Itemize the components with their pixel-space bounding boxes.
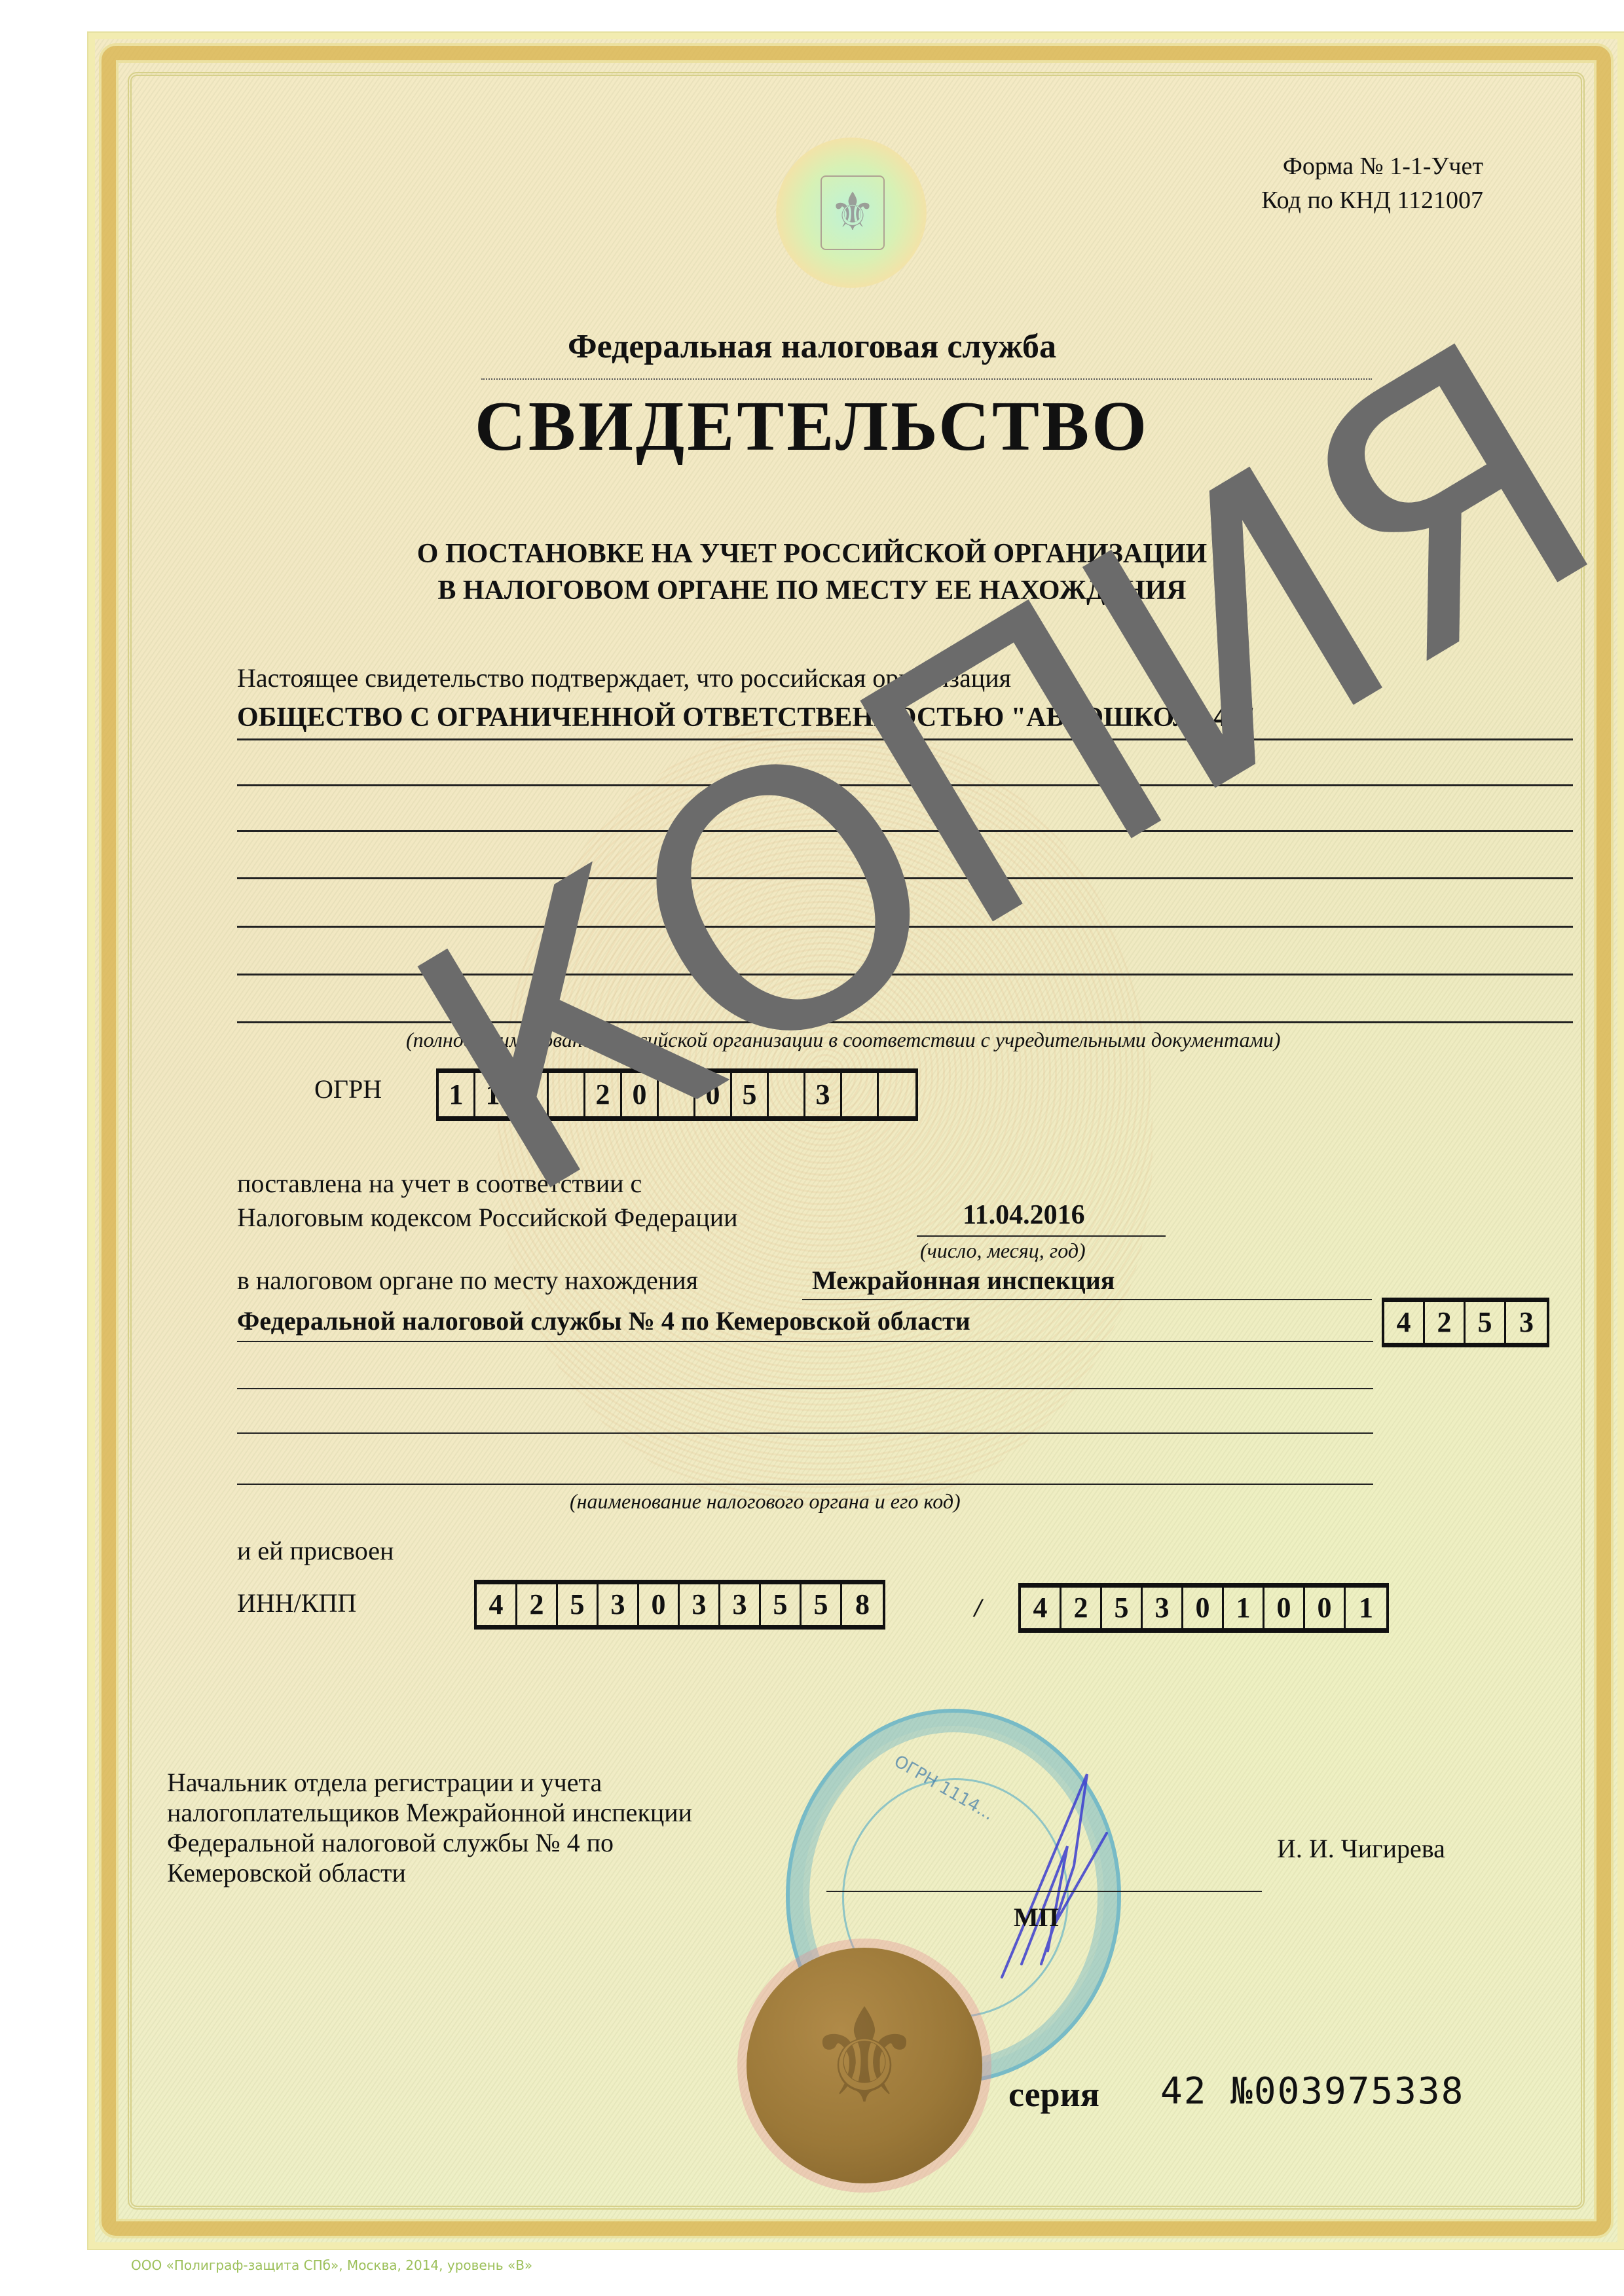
ogrn-label: ОГРН bbox=[314, 1074, 382, 1104]
inn-digit: 3 bbox=[599, 1584, 639, 1625]
position-line: Начальник отдела регистрации и учета bbox=[167, 1768, 692, 1798]
authority-line-5-rule bbox=[237, 1484, 1373, 1485]
date-line bbox=[917, 1235, 1166, 1237]
inn-digit: 2 bbox=[517, 1584, 558, 1625]
inn-digit: 5 bbox=[558, 1584, 599, 1625]
position-line: Кемеровской области bbox=[167, 1858, 692, 1888]
inn-digit: 4 bbox=[477, 1584, 517, 1625]
kpp-field: 425301001 bbox=[1018, 1583, 1389, 1633]
assigned-label: и ей присвоен bbox=[237, 1535, 394, 1566]
inn-digit: 8 bbox=[842, 1584, 883, 1625]
hologram-emblem: ⚜ bbox=[776, 137, 927, 288]
kpp-digit: 5 bbox=[1102, 1588, 1143, 1628]
kpp-digit: 0 bbox=[1305, 1588, 1346, 1628]
title-divider bbox=[481, 378, 1372, 380]
kpp-digit: 0 bbox=[1183, 1588, 1224, 1628]
inn-digit: 0 bbox=[639, 1584, 680, 1625]
inn-kpp-separator: / bbox=[974, 1592, 982, 1623]
authority-line-2: Федеральной налоговой службы № 4 по Кеме… bbox=[237, 1305, 970, 1336]
date-caption: (число, месяц, год) bbox=[920, 1239, 1086, 1263]
signature-line bbox=[826, 1891, 1262, 1892]
series-label: серия bbox=[1008, 2074, 1099, 2115]
tax-authority-code: 4253 bbox=[1382, 1298, 1549, 1347]
inn-kpp-label: ИНН/КПП bbox=[237, 1588, 356, 1618]
double-headed-eagle-icon: ⚜ bbox=[747, 1980, 982, 2133]
inn-digit: 3 bbox=[680, 1584, 720, 1625]
authority-code-digit: 5 bbox=[1466, 1302, 1506, 1343]
form-info: Форма № 1-1-Учет Код по КНД 1121007 bbox=[1261, 149, 1483, 217]
kpp-digit: 3 bbox=[1143, 1588, 1183, 1628]
inn-digit: 5 bbox=[802, 1584, 842, 1625]
kpp-digit: 1 bbox=[1346, 1588, 1386, 1628]
embossed-seal: ⚜ bbox=[747, 1948, 982, 2183]
position-line: налогоплательщиков Межрайонной инспекции bbox=[167, 1798, 692, 1828]
registration-date: 11.04.2016 bbox=[963, 1199, 1085, 1231]
registration-line-3: в налоговом органе по месту нахождения bbox=[237, 1265, 698, 1296]
kpp-digit: 0 bbox=[1264, 1588, 1305, 1628]
kpp-digit: 1 bbox=[1224, 1588, 1264, 1628]
position-line: Федеральной налоговой службы № 4 по bbox=[167, 1828, 692, 1858]
signatory-name: И. И. Чигирева bbox=[1277, 1833, 1445, 1864]
kpp-digit: 4 bbox=[1021, 1588, 1061, 1628]
signature bbox=[982, 1768, 1153, 1984]
authority-code-digit: 2 bbox=[1425, 1302, 1466, 1343]
authority-line-1-rule bbox=[802, 1299, 1372, 1300]
authority-code-digit: 4 bbox=[1384, 1302, 1425, 1343]
stamp-place-mark: МП bbox=[1014, 1902, 1059, 1933]
authority-line-1: Межрайонная инспекция bbox=[812, 1265, 1115, 1296]
coat-of-arms-icon: ⚜ bbox=[821, 175, 885, 250]
authority-caption: (наименование налогового органа и его ко… bbox=[570, 1489, 961, 1514]
kpp-digit: 2 bbox=[1061, 1588, 1102, 1628]
inn-digit: 5 bbox=[761, 1584, 802, 1625]
authority-line-3-rule bbox=[237, 1388, 1373, 1389]
serial-number: 42 №003975338 bbox=[1160, 2070, 1464, 2113]
authority-code-digit: 3 bbox=[1506, 1302, 1547, 1343]
signatory-position: Начальник отдела регистрации и учета нал… bbox=[167, 1768, 692, 1888]
printer-imprint: ООО «Полиграф-защита СПб», Москва, 2014,… bbox=[131, 2257, 532, 2273]
authority-line-4-rule bbox=[237, 1432, 1373, 1434]
form-number: Форма № 1-1-Учет bbox=[1261, 149, 1483, 183]
inn-digit: 3 bbox=[720, 1584, 761, 1625]
authority-line-2-rule bbox=[237, 1341, 1373, 1342]
inn-field: 4253033558 bbox=[474, 1580, 885, 1630]
knd-code: Код по КНД 1121007 bbox=[1261, 183, 1483, 217]
